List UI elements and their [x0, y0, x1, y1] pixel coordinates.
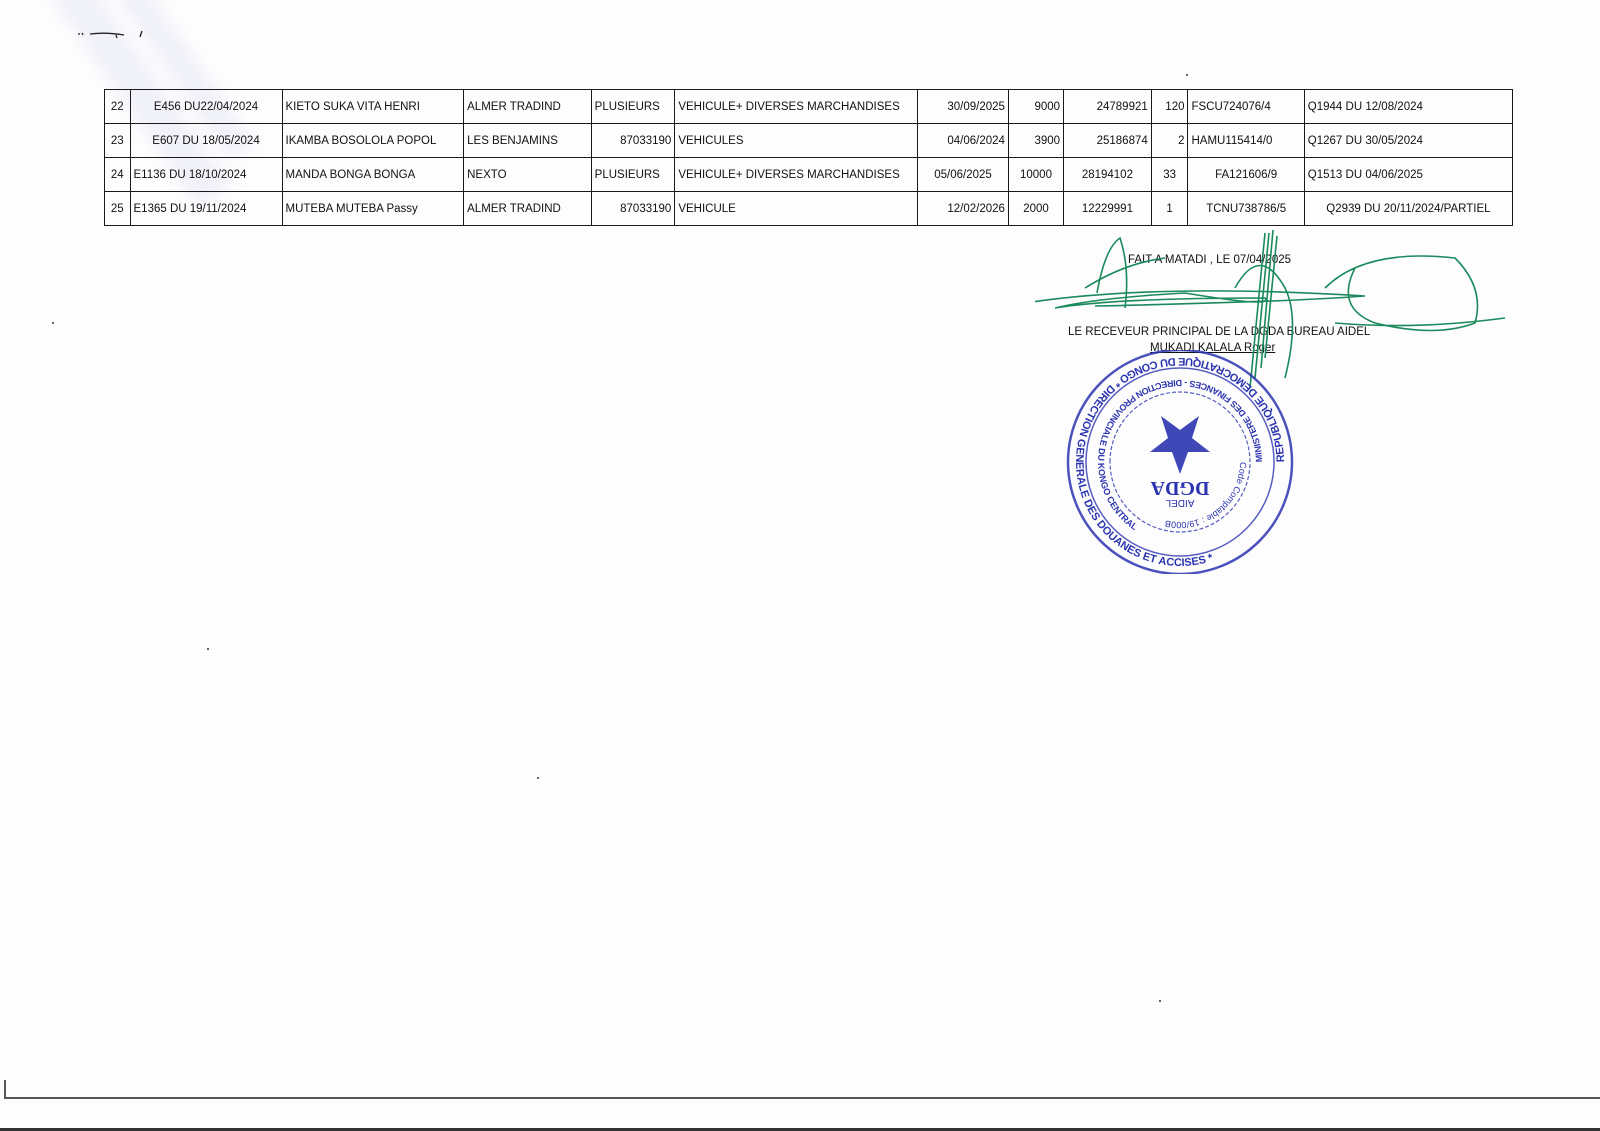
container-cell: TCNU738786/5	[1188, 192, 1304, 226]
goods-cell: VEHICULES	[675, 124, 918, 158]
declaration-cell: E456 DU22/04/2024	[130, 90, 282, 124]
weight-cell: 3900	[1008, 124, 1063, 158]
receipt-cell: Q1513 DU 04/06/2025	[1304, 158, 1512, 192]
stamp-center-sublabel: AIDEL	[1165, 497, 1194, 508]
scan-speck	[207, 648, 209, 650]
container-cell: FA121606/9	[1188, 158, 1304, 192]
tariff-position-cell: PLUSIEURS	[591, 158, 675, 192]
declarant-cell: NEXTO	[464, 158, 592, 192]
weight-cell: 10000	[1008, 158, 1063, 192]
tariff-position-cell: 87033190	[591, 124, 675, 158]
importer-cell: IKAMBA BOSOLOLA POPOL	[282, 124, 464, 158]
tariff-position-cell: PLUSIEURS	[591, 90, 675, 124]
tariff-position-cell: 87033190	[591, 192, 675, 226]
scan-speck	[537, 777, 539, 779]
table-row: 24 E1136 DU 18/10/2024 MANDA BONGA BONGA…	[105, 158, 1513, 192]
date-cell: 12/02/2026	[918, 192, 1009, 226]
scan-speck	[52, 322, 54, 324]
packages-cell: 33	[1151, 158, 1188, 192]
row-number: 24	[105, 158, 131, 192]
container-cell: FSCU724076/4	[1188, 90, 1304, 124]
declarant-cell: LES BENJAMINS	[464, 124, 592, 158]
receipt-cell: Q2939 DU 20/11/2024/PARTIEL	[1304, 192, 1512, 226]
stamp-center-label: DGDA	[1150, 477, 1209, 499]
goods-cell: VEHICULE	[675, 192, 918, 226]
weight-cell: 9000	[1008, 90, 1063, 124]
dgda-official-stamp: REPUBLIQUE DEMOCRATIQUE DU CONGO * DIREC…	[1060, 350, 1300, 574]
page-edge	[4, 1097, 1600, 1099]
table-row: 22 E456 DU22/04/2024 KIETO SUKA VITA HEN…	[105, 90, 1513, 124]
packages-cell: 2	[1151, 124, 1188, 158]
row-number: 22	[105, 90, 131, 124]
scan-speck	[1159, 1000, 1161, 1002]
date-cell: 30/09/2025	[918, 90, 1009, 124]
declarations-table: 22 E456 DU22/04/2024 KIETO SUKA VITA HEN…	[104, 89, 1513, 226]
amount-cell: 12229991	[1064, 192, 1152, 226]
scan-speck	[1186, 74, 1188, 76]
declarant-cell: ALMER TRADIND	[464, 90, 592, 124]
date-cell: 05/06/2025	[918, 158, 1009, 192]
packages-cell: 1	[1151, 192, 1188, 226]
importer-cell: KIETO SUKA VITA HENRI	[282, 90, 464, 124]
packages-cell: 120	[1151, 90, 1188, 124]
amount-cell: 28194102	[1064, 158, 1152, 192]
table-row: 25 E1365 DU 19/11/2024 MUTEBA MUTEBA Pas…	[105, 192, 1513, 226]
pen-mark	[76, 28, 156, 40]
declarant-cell: ALMER TRADIND	[464, 192, 592, 226]
container-cell: HAMU115414/0	[1188, 124, 1304, 158]
declaration-cell: E1136 DU 18/10/2024	[130, 158, 282, 192]
row-number: 23	[105, 124, 131, 158]
importer-cell: MANDA BONGA BONGA	[282, 158, 464, 192]
amount-cell: 24789921	[1064, 90, 1152, 124]
declaration-cell: E1365 DU 19/11/2024	[130, 192, 282, 226]
importer-cell: MUTEBA MUTEBA Passy	[282, 192, 464, 226]
table-row: 23 E607 DU 18/05/2024 IKAMBA BOSOLOLA PO…	[105, 124, 1513, 158]
weight-cell: 2000	[1008, 192, 1063, 226]
receipt-cell: Q1944 DU 12/08/2024	[1304, 90, 1512, 124]
page-edge	[4, 1080, 6, 1098]
declaration-cell: E607 DU 18/05/2024	[130, 124, 282, 158]
amount-cell: 25186874	[1064, 124, 1152, 158]
date-cell: 04/06/2024	[918, 124, 1009, 158]
goods-cell: VEHICULE+ DIVERSES MARCHANDISES	[675, 90, 918, 124]
receipt-cell: Q1267 DU 30/05/2024	[1304, 124, 1512, 158]
goods-cell: VEHICULE+ DIVERSES MARCHANDISES	[675, 158, 918, 192]
row-number: 25	[105, 192, 131, 226]
